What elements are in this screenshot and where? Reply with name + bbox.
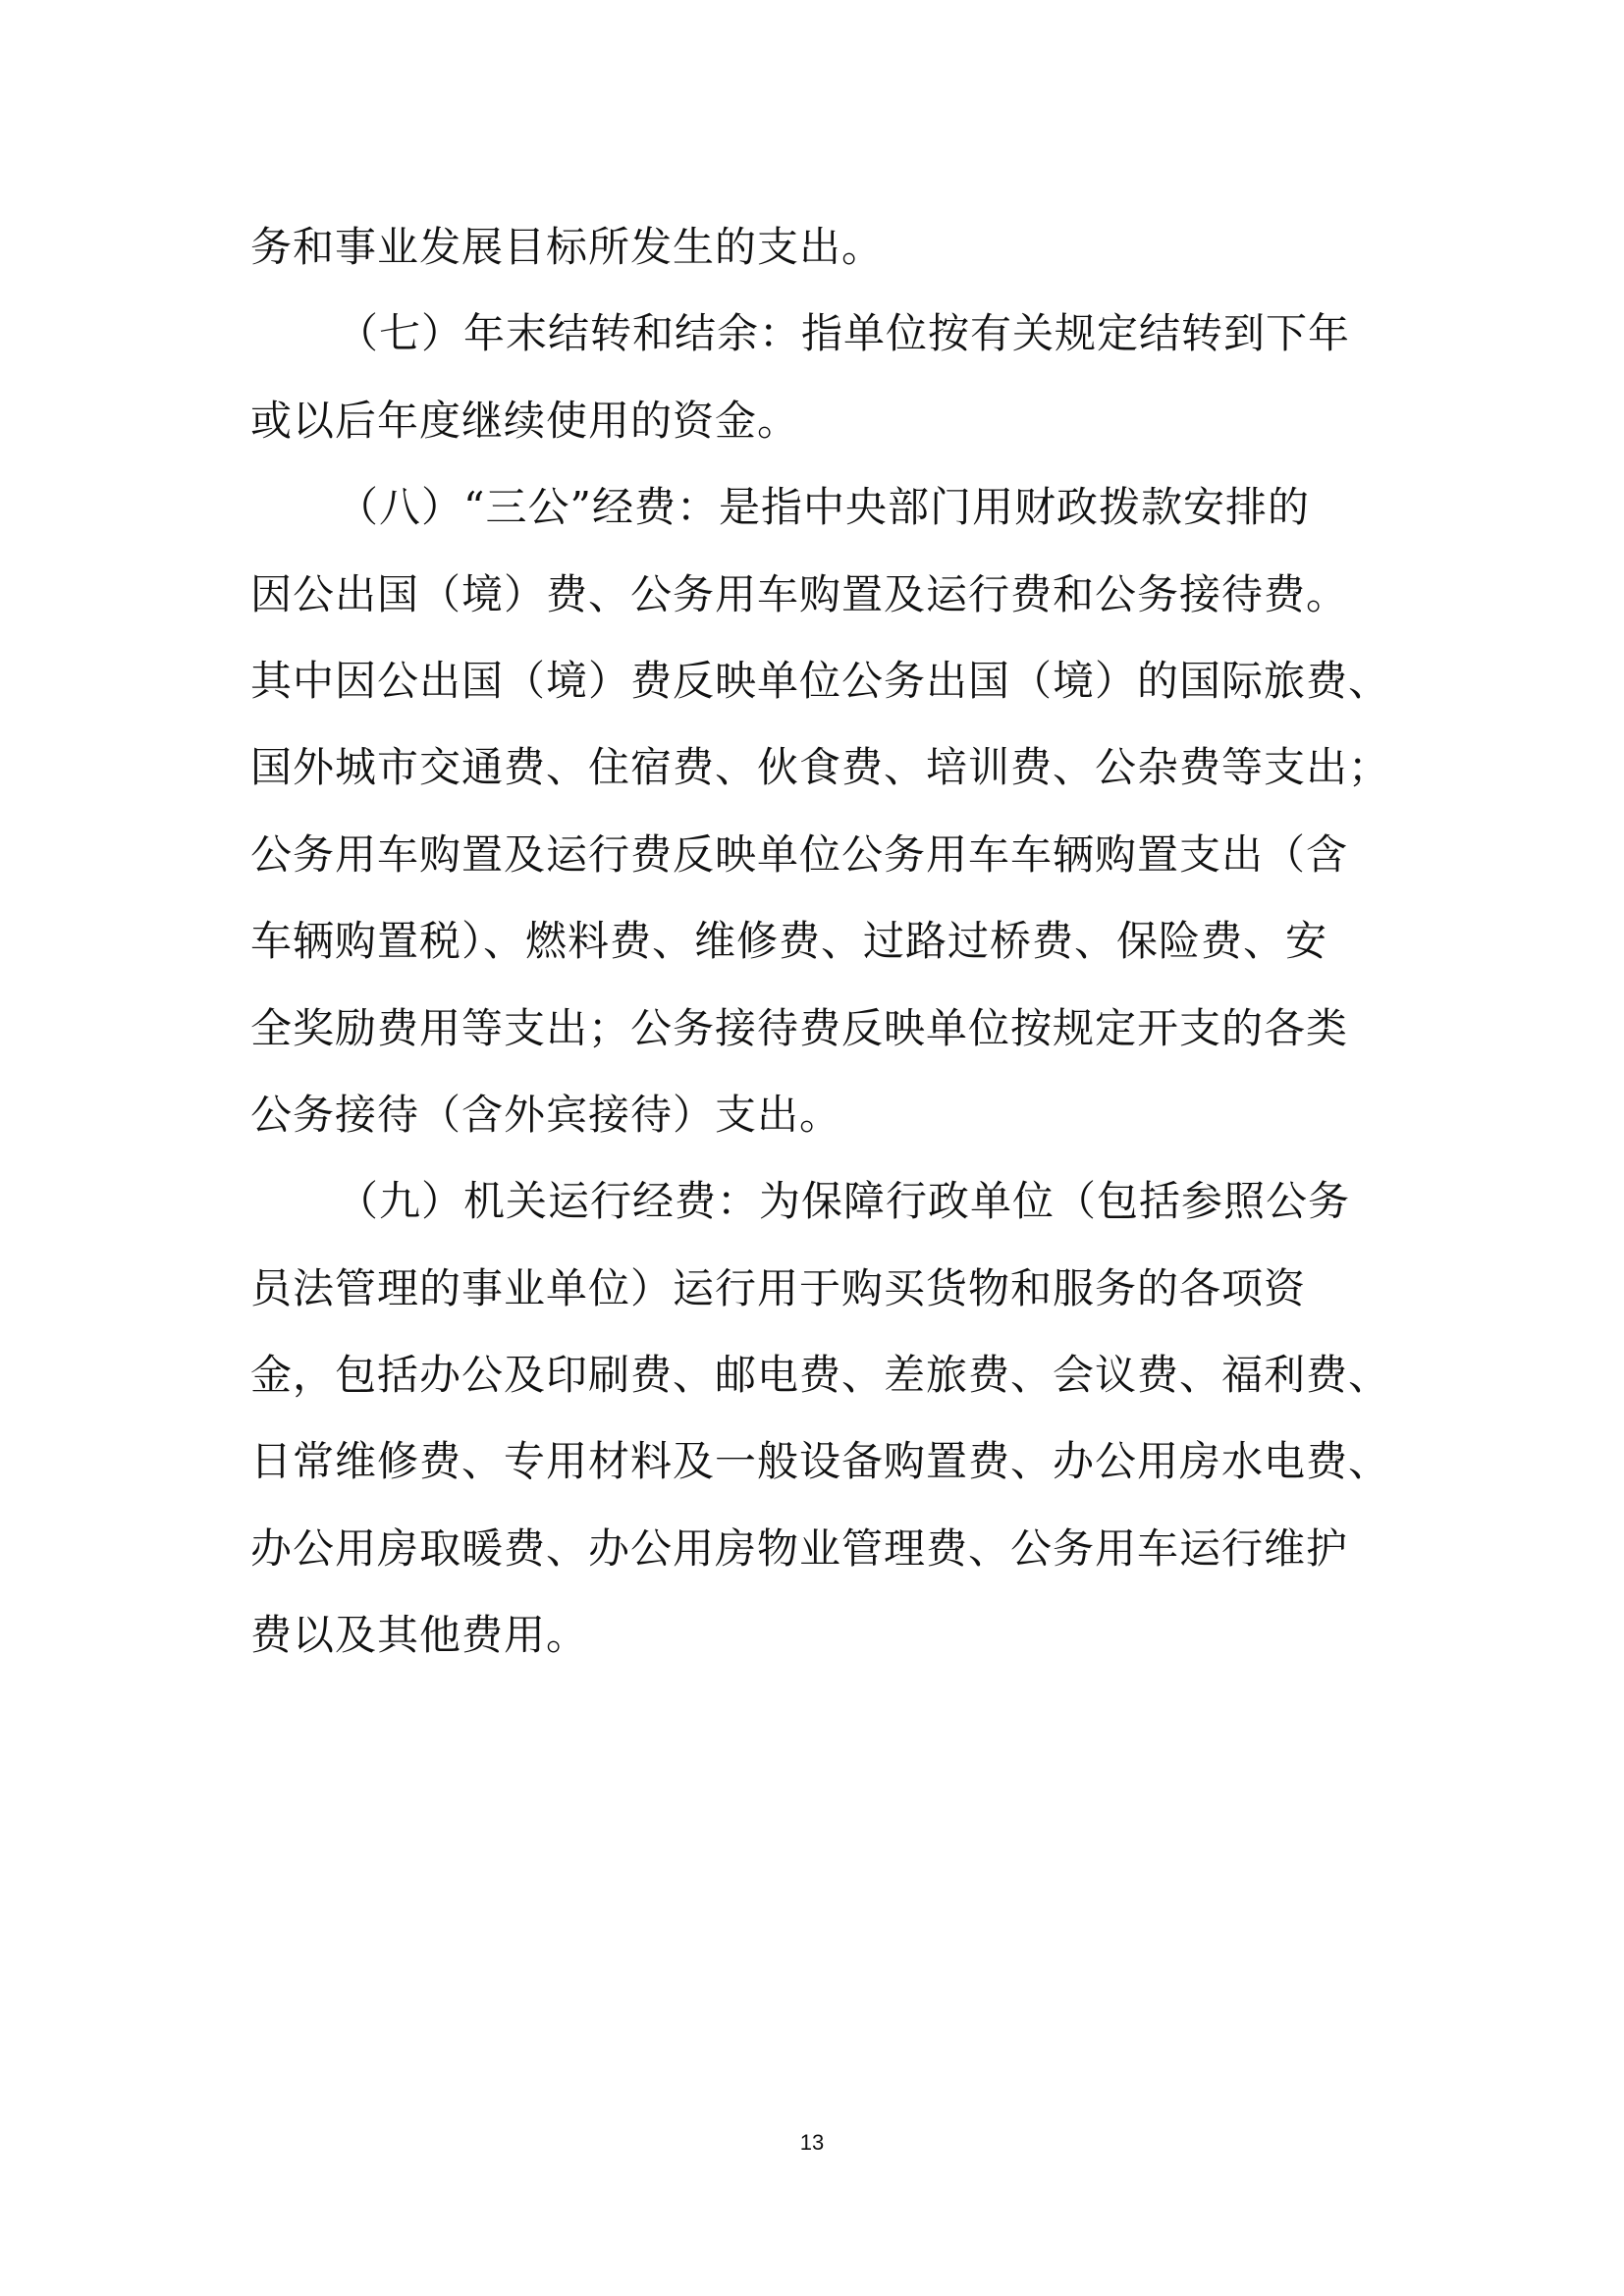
text-line: 因公出国（境）费、公务用车购置及运行费和公务接待费。 xyxy=(250,569,1380,656)
text-line: 国外城市交通费、住宿费、伙食费、培训费、公杂费等支出； xyxy=(250,742,1380,828)
text-line-section-7-heading: （七）年末结转和结余：指单位按有关规定结转到下年 xyxy=(250,308,1380,395)
text-line: 金，包括办公及印刷费、邮电费、差旅费、会议费、福利费、 xyxy=(250,1350,1380,1436)
text-line: 日常维修费、专用材料及一般设备购置费、办公用房水电费、 xyxy=(250,1436,1380,1522)
text-line: 其中因公出国（境）费反映单位公务出国（境）的国际旅费、 xyxy=(250,656,1380,742)
text-line: 车辆购置税）、燃料费、维修费、过路过桥费、保险费、安 xyxy=(250,916,1380,1002)
page-number: 13 xyxy=(0,2130,1624,2156)
text-line: 员法管理的事业单位）运行用于购买货物和服务的各项资 xyxy=(250,1263,1380,1350)
text-line: 费以及其他费用。 xyxy=(250,1610,1380,1696)
text-line: 公务接待（含外宾接待）支出。 xyxy=(250,1090,1380,1176)
text-line: 公务用车购置及运行费反映单位公务用车车辆购置支出（含 xyxy=(250,829,1380,916)
body-text: 务和事业发展目标所发生的支出。 （七）年末结转和结余：指单位按有关规定结转到下年… xyxy=(250,222,1380,1697)
text-line: 务和事业发展目标所发生的支出。 xyxy=(250,222,1380,308)
document-page: 务和事业发展目标所发生的支出。 （七）年末结转和结余：指单位按有关规定结转到下年… xyxy=(0,0,1624,2296)
text-line: 全奖励费用等支出；公务接待费反映单位按规定开支的各类 xyxy=(250,1003,1380,1090)
text-line: 办公用房取暖费、办公用房物业管理费、公务用车运行维护 xyxy=(250,1523,1380,1610)
text-line-section-9-heading: （九）机关运行经费：为保障行政单位（包括参照公务 xyxy=(250,1176,1380,1262)
text-line-section-8-heading: （八）“三公”经费：是指中央部门用财政拨款安排的 xyxy=(250,482,1380,568)
text-line: 或以后年度继续使用的资金。 xyxy=(250,396,1380,482)
